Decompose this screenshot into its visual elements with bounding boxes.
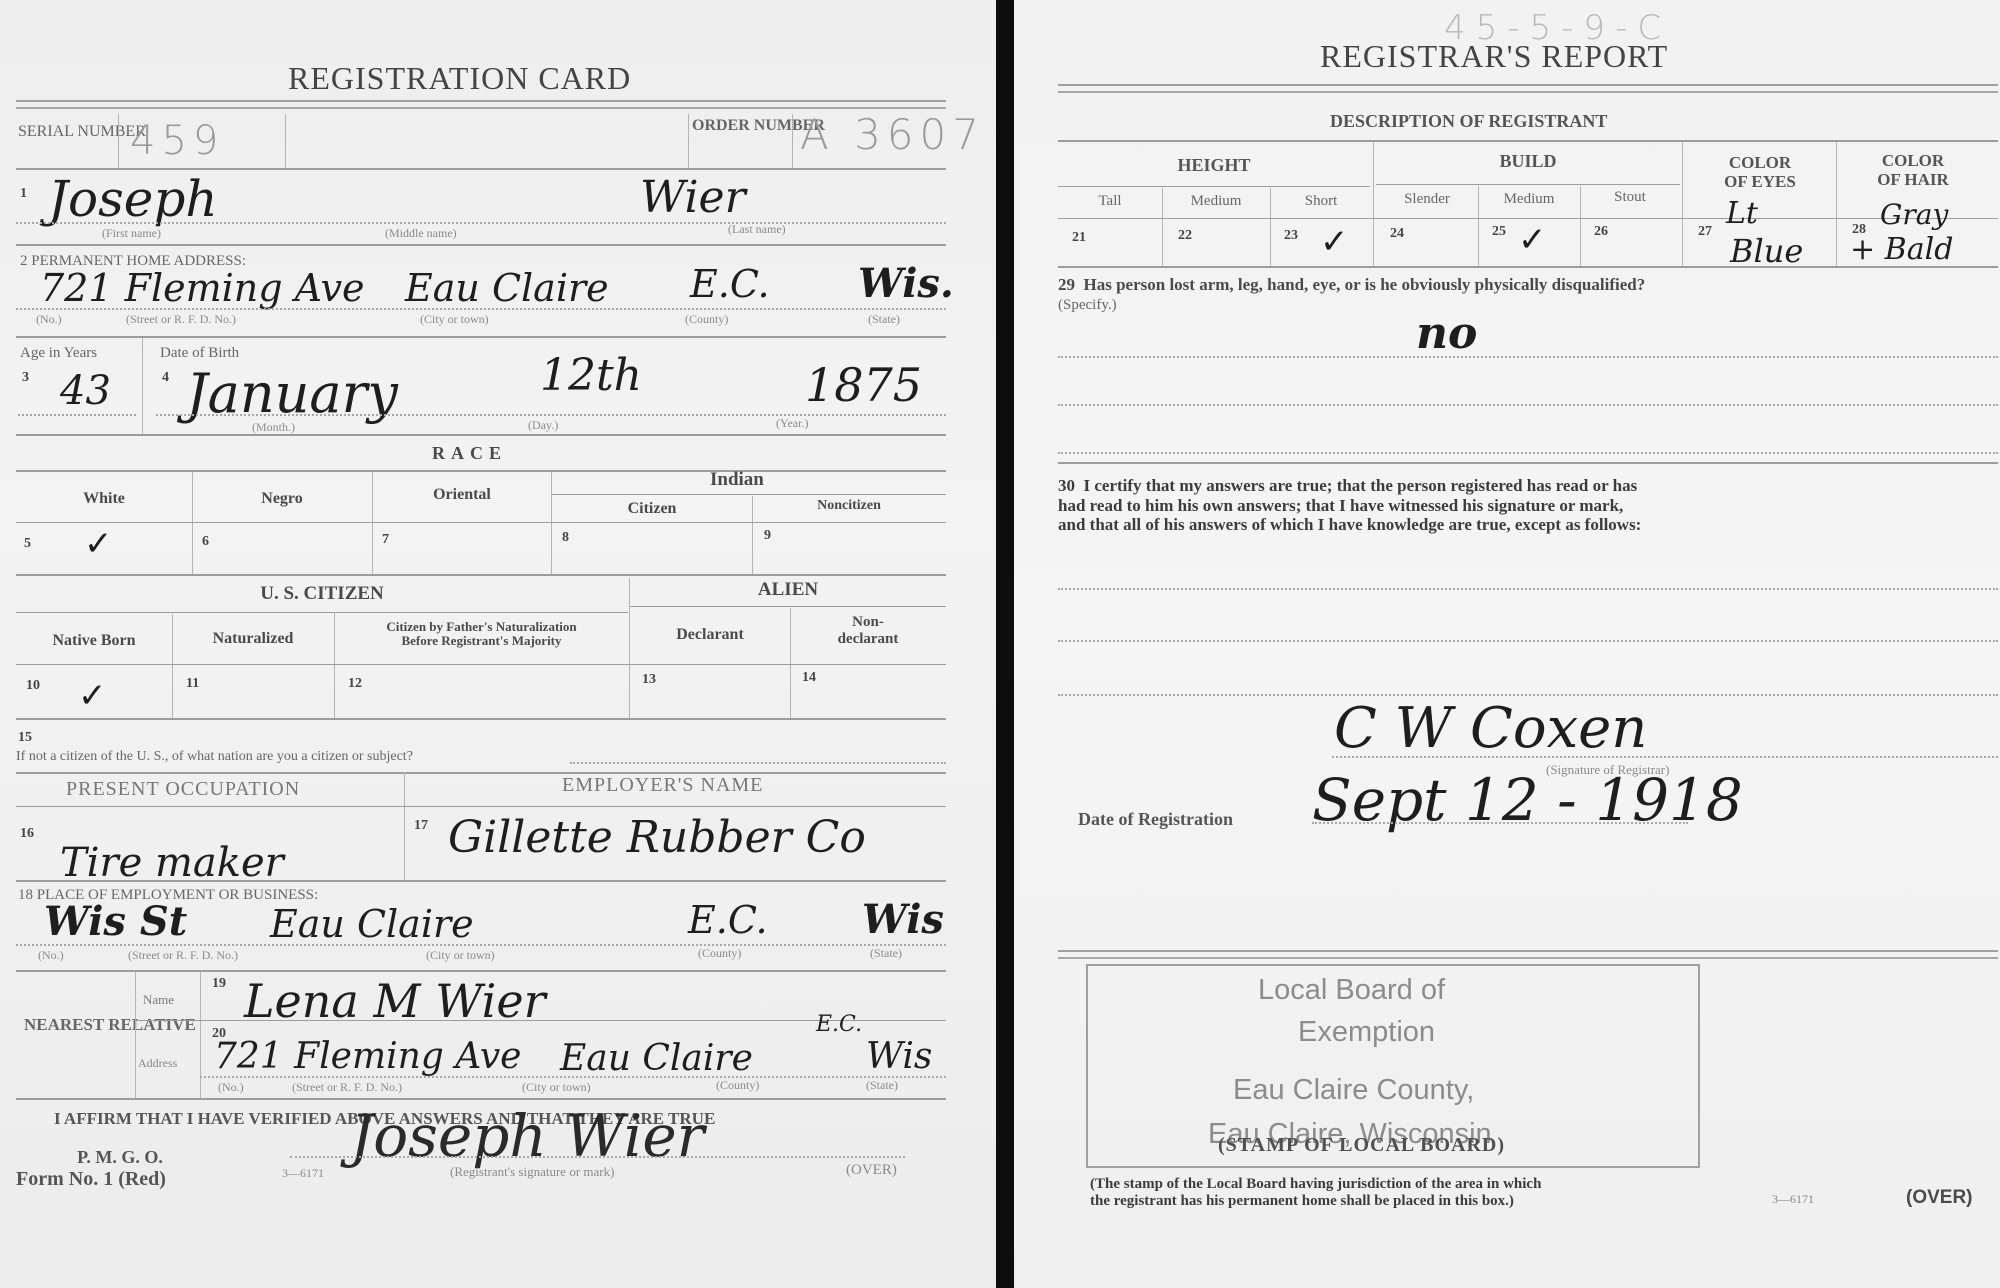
caption: (County) — [698, 946, 741, 961]
caption: (City or town) — [420, 312, 489, 327]
eye-color-value-line2: Blue — [1730, 232, 1803, 270]
eye-color-label: COLOR OF EYES — [1684, 154, 1836, 191]
instruction-line: the registrant has his permanent home sh… — [1090, 1193, 1541, 1210]
non-declarant-label: Non- declarant — [790, 614, 946, 647]
height-tall-label: Tall — [1058, 194, 1162, 210]
rule — [16, 336, 946, 338]
caption: (County) — [716, 1078, 759, 1093]
rule — [16, 522, 946, 523]
local-board-stamp-box: Local Board of Exemption Eau Claire Coun… — [1086, 964, 1700, 1168]
relative-state-value: Wis — [866, 1036, 932, 1077]
over-label: (OVER) — [846, 1162, 897, 1179]
nearest-relative-label: NEAREST RELATIVE — [24, 1016, 124, 1035]
rule — [1058, 266, 1998, 268]
print-code: 3—6171 — [282, 1166, 324, 1181]
title-rule — [1058, 84, 1998, 93]
caption: (City or town) — [522, 1080, 591, 1095]
height-short-checkmark: ✓ — [1320, 222, 1349, 262]
disqualification-question: 29 Has person lost arm, leg, hand, eye, … — [1058, 276, 1645, 295]
caption: (Year.) — [776, 416, 808, 431]
divider — [142, 338, 143, 436]
dotted-rule — [16, 222, 946, 224]
field-number: 7 — [382, 532, 389, 548]
dotted-rule — [1058, 452, 1998, 454]
stamp-line: Eau Claire County, — [1233, 1074, 1474, 1107]
height-short-label: Short — [1270, 194, 1372, 210]
race-indian-noncitizen-label: Noncitizen — [752, 498, 946, 513]
caption: (Month.) — [252, 420, 295, 435]
home-state-value: Wis. — [858, 260, 954, 307]
rule — [16, 470, 946, 472]
divider — [1682, 142, 1683, 266]
divider — [1373, 142, 1374, 266]
last-name-caption: (Last name) — [728, 222, 786, 237]
dotted-rule — [1058, 356, 1998, 358]
label-line: declarant — [790, 631, 946, 648]
eye-color-value-line1: Lt — [1726, 196, 1758, 231]
certification-line: had read to him his own answers; that I … — [1058, 496, 2000, 516]
divider — [192, 472, 193, 576]
field-number: 23 — [1284, 228, 1298, 244]
rule — [1058, 218, 1998, 219]
description-title: DESCRIPTION OF REGISTRANT — [1330, 112, 1607, 132]
caption: (State) — [868, 312, 900, 327]
rule — [16, 244, 946, 246]
build-label: BUILD — [1376, 152, 1680, 172]
rule — [1058, 462, 1998, 464]
last-name-value: Wier — [640, 172, 746, 223]
disqualification-answer: no — [1416, 308, 1477, 359]
serial-number-value: 459 — [130, 118, 224, 164]
dotted-rule — [1312, 822, 1688, 824]
rule — [1376, 184, 1680, 185]
employment-county-value: E.C. — [688, 898, 768, 942]
print-code: 3—6171 — [1772, 1192, 1814, 1207]
rule — [16, 772, 946, 774]
caption: (State) — [866, 1078, 898, 1093]
divider — [1836, 142, 1837, 266]
card-title: REGISTRATION CARD — [288, 60, 631, 97]
dotted-rule — [1058, 404, 1998, 406]
middle-name-caption: (Middle name) — [385, 226, 457, 241]
field-number: 9 — [764, 528, 771, 544]
order-number-label: ORDER NUMBER — [692, 118, 792, 135]
race-white-label: White — [16, 490, 192, 508]
divider — [404, 772, 405, 882]
rule — [16, 664, 946, 665]
caption: (Street or R. F. D. No.) — [292, 1080, 402, 1095]
caption: (State) — [870, 946, 902, 961]
signature-caption: (Registrant's signature or mark) — [450, 1164, 614, 1180]
registrar-signature: C W Coxen — [1334, 696, 1647, 761]
caption: (No.) — [218, 1080, 244, 1095]
field-number: 19 — [212, 976, 226, 992]
certification-line: I certify that my answers are true; that… — [1084, 476, 1638, 495]
relative-address-label: Address — [138, 1056, 177, 1071]
build-medium-label: Medium — [1478, 192, 1580, 208]
build-slender-label: Slender — [1376, 192, 1478, 208]
age-value: 43 — [60, 368, 111, 414]
relative-name-label: Name — [143, 992, 174, 1008]
field-number: 22 — [1178, 228, 1192, 244]
caption: (No.) — [38, 948, 64, 963]
field-number: 10 — [26, 678, 40, 694]
field-number: 11 — [186, 676, 199, 692]
certification-text: 30 I certify that my answers are true; t… — [1058, 476, 2000, 535]
birth-day-value: 12th — [540, 350, 642, 401]
rule — [16, 434, 946, 436]
report-title: REGISTRAR'S REPORT — [1320, 38, 1668, 75]
divider — [792, 114, 793, 170]
declarant-label: Declarant — [630, 626, 790, 644]
dotted-rule — [156, 414, 946, 416]
rule — [552, 494, 946, 495]
label-line: OF EYES — [1684, 173, 1836, 192]
caption: (County) — [685, 312, 728, 327]
field-number: 3 — [22, 370, 29, 386]
native-born-label: Native Born — [16, 632, 172, 650]
divider — [688, 114, 689, 170]
employment-street-value: Wis St — [44, 898, 187, 945]
rule — [16, 718, 946, 720]
father-naturalization-label: Citizen by Father's Naturalization Befor… — [334, 620, 629, 649]
rule — [16, 970, 946, 972]
registrars-report-card: 45-5-9-C REGISTRAR'S REPORT DESCRIPTION … — [1014, 0, 2000, 1288]
caption: (Day.) — [528, 418, 558, 433]
field-number: 12 — [348, 676, 362, 692]
us-citizen-label: U. S. CITIZEN — [16, 584, 628, 605]
home-street-value: 721 Fleming Ave — [40, 266, 365, 310]
dotted-rule — [290, 1156, 905, 1158]
stamp-line: Exemption — [1298, 1016, 1435, 1049]
dotted-rule — [200, 1076, 946, 1078]
field-number: 18 — [18, 887, 33, 903]
serial-number-label: SERIAL NUMBER — [18, 124, 118, 141]
field-number: 27 — [1698, 224, 1712, 240]
nationality-question: If not a citizen of the U. S., of what n… — [16, 750, 413, 765]
divider — [135, 972, 136, 1098]
employment-state-value: Wis — [862, 896, 944, 943]
field-number: 21 — [1072, 230, 1086, 246]
certification-line: and that all of his answers of which I h… — [1058, 515, 2000, 535]
dotted-rule — [1332, 756, 1998, 758]
rule — [16, 806, 946, 807]
alien-label: ALIEN — [630, 580, 946, 601]
home-county-value: E.C. — [690, 262, 770, 306]
hair-color-value-line2: + Bald — [1850, 232, 1953, 267]
employer-label: EMPLOYER'S NAME — [562, 774, 763, 797]
dotted-rule — [1058, 588, 1998, 590]
home-city-value: Eau Claire — [405, 266, 609, 310]
field-number: 24 — [1390, 226, 1404, 242]
occupation-label: PRESENT OCCUPATION — [66, 778, 300, 801]
employer-value: Gillette Rubber Co — [448, 812, 866, 863]
build-stout-label: Stout — [1580, 190, 1680, 206]
hair-color-value-line1: Gray — [1880, 198, 1948, 231]
rule — [16, 1098, 946, 1100]
label-line: Non- — [790, 614, 946, 631]
race-negro-label: Negro — [192, 490, 372, 508]
divider — [200, 972, 201, 1098]
caption: (City or town) — [426, 948, 495, 963]
dotted-rule — [1058, 640, 1998, 642]
caption: (Street or R. F. D. No.) — [128, 948, 238, 963]
specify-label: (Specify.) — [1058, 298, 1117, 314]
label-line: Before Registrant's Majority — [334, 634, 629, 648]
build-medium-checkmark: ✓ — [1518, 220, 1547, 260]
field-number: 8 — [562, 530, 569, 546]
registrant-signature: Joseph Wier — [350, 1102, 704, 1170]
dotted-rule — [16, 308, 946, 310]
order-number-value: A 3607 — [800, 110, 985, 159]
rule — [630, 606, 946, 607]
field-number: 15 — [18, 730, 32, 746]
employment-city-value: Eau Claire — [270, 902, 474, 946]
rule — [16, 880, 946, 882]
over-label: (OVER) — [1906, 1188, 1973, 1209]
stamp-line: Local Board of — [1258, 974, 1445, 1007]
field-number: 30 — [1058, 476, 1075, 495]
rule — [1058, 950, 1998, 959]
stamp-caption: (STAMP OF LOCAL BOARD) — [1218, 1134, 1505, 1156]
dotted-rule — [570, 762, 946, 764]
field-number: 17 — [414, 818, 428, 834]
first-name-caption: (First name) — [102, 226, 161, 241]
field-number: 26 — [1594, 224, 1608, 240]
instruction-line: (The stamp of the Local Board having jur… — [1090, 1176, 1541, 1193]
hair-color-label: COLOR OF HAIR — [1838, 152, 1988, 189]
label-line: OF HAIR — [1838, 171, 1988, 190]
height-medium-label: Medium — [1162, 194, 1270, 210]
rule — [1058, 186, 1370, 187]
race-title: RACE — [432, 444, 507, 464]
divider — [118, 114, 119, 170]
divider — [285, 114, 286, 170]
card-divider — [996, 0, 1014, 1288]
divider — [629, 578, 630, 718]
field-number: 1 — [20, 186, 27, 202]
birth-year-value: 1875 — [805, 358, 922, 412]
question-text: Has person lost arm, leg, hand, eye, or … — [1084, 275, 1646, 294]
field-number: 6 — [202, 534, 209, 550]
naturalized-label: Naturalized — [172, 630, 334, 648]
relative-street-value: 721 Fleming Ave — [214, 1036, 521, 1077]
relative-county-value: E.C. — [816, 1012, 862, 1037]
dotted-rule — [18, 414, 136, 416]
race-indian-citizen-label: Citizen — [552, 500, 752, 518]
field-number: 13 — [642, 672, 656, 688]
title-rule — [16, 100, 946, 109]
race-oriental-label: Oriental — [372, 486, 552, 504]
label-line: COLOR — [1684, 154, 1836, 173]
field-number: 16 — [20, 826, 34, 842]
height-label: HEIGHT — [1058, 156, 1370, 176]
registration-date-label: Date of Registration — [1078, 810, 1233, 830]
label-line: Citizen by Father's Naturalization — [334, 620, 629, 634]
dotted-rule — [16, 944, 946, 946]
registration-card: REGISTRATION CARD SERIAL NUMBER 459 ORDE… — [0, 0, 996, 1288]
rule — [1058, 140, 1998, 142]
field-number: 29 — [1058, 275, 1075, 294]
field-number: 5 — [24, 536, 31, 552]
first-name-value: Joseph — [48, 170, 218, 228]
caption: (Street or R. F. D. No.) — [126, 312, 236, 327]
age-label: Age in Years — [20, 346, 97, 362]
field-number: 25 — [1492, 224, 1506, 240]
label-line: COLOR — [1838, 152, 1988, 171]
field-number: 4 — [162, 370, 169, 386]
relative-city-value: Eau Claire — [560, 1038, 753, 1079]
native-born-checkmark: ✓ — [78, 676, 107, 716]
rule — [16, 612, 628, 613]
stamp-instructions: (The stamp of the Local Board having jur… — [1090, 1176, 1541, 1211]
indian-label: Indian — [710, 470, 764, 491]
form-number-label: Form No. 1 (Red) — [16, 1168, 166, 1190]
birth-date-label: Date of Birth — [160, 346, 239, 362]
rule — [16, 574, 946, 576]
caption: (No.) — [36, 312, 62, 327]
field-number: 2 — [20, 253, 28, 269]
field-number: 14 — [802, 670, 816, 686]
race-white-checkmark: ✓ — [84, 524, 113, 564]
form-office-label: P. M. G. O. — [50, 1148, 190, 1168]
